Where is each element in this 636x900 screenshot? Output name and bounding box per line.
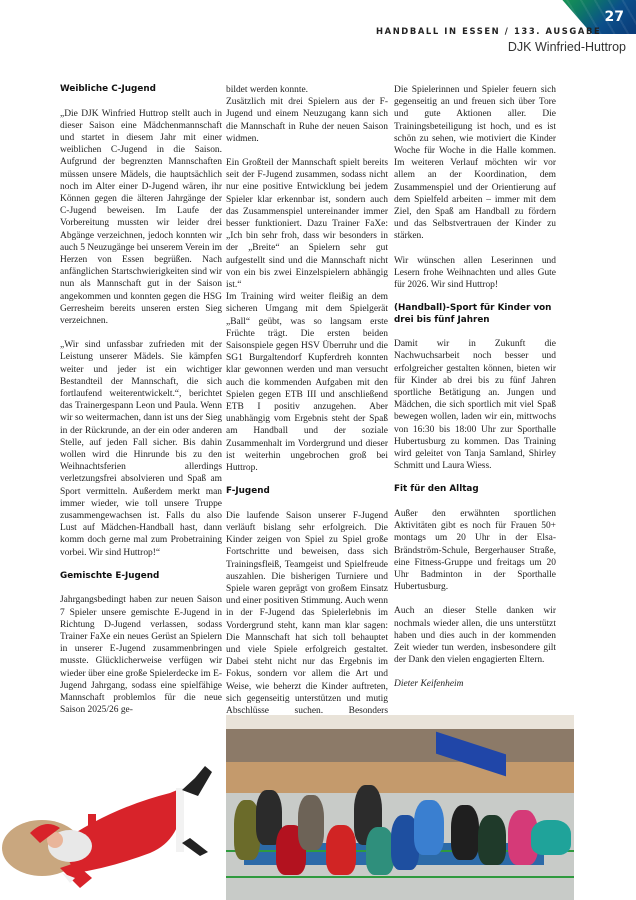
magazine-title: HANDBALL IN ESSEN / 133. AUSGABE: [376, 26, 601, 36]
article-column-3: Die Spielerinnen und Spieler feuern sich…: [394, 84, 556, 703]
section-heading: Weibliche C-Jugend: [60, 84, 222, 96]
paragraph: bildet werden konnte.: [226, 84, 388, 96]
paragraph: Ein Großteil der Mannschaft spielt berei…: [226, 157, 388, 291]
child: [326, 825, 356, 875]
santa-claus-image: [0, 748, 222, 898]
floor-line: [226, 876, 574, 878]
child: [531, 820, 571, 855]
team-photo: [226, 715, 574, 900]
section-heading: Gemischte E-Jugend: [60, 571, 222, 583]
article-column-2: bildet werden konnte. Zusätzlich mit dre…: [226, 84, 388, 741]
paragraph: Außer den erwähnten sportlichen Aktivitä…: [394, 508, 556, 593]
page-number: 27: [605, 9, 624, 25]
paragraph: „Die DJK Winfried Huttrop stellt auch in…: [60, 108, 222, 328]
section-heading: Fit für den Alltag: [394, 484, 556, 496]
paragraph: Wir wünschen allen Leserinnen und Lesern…: [394, 255, 556, 292]
section-heading: F-Jugend: [226, 486, 388, 498]
article-column-1: Weibliche C-Jugend „Die DJK Winfried Hut…: [60, 84, 222, 728]
paragraph: „Wir sind unfassbar zufrieden mit der Le…: [60, 339, 222, 559]
paragraph: Auch an dieser Stelle danken wir nochmal…: [394, 605, 556, 666]
paragraph: Im Training wird weiter fleißig an dem s…: [226, 291, 388, 474]
section-heading: (Handball)-Sport für Kinder von drei bis…: [394, 303, 556, 326]
gym-wall: [226, 715, 574, 793]
child: [298, 795, 324, 850]
paragraph: Zusätzlich mit drei Spielern aus der F-J…: [226, 96, 388, 145]
child: [478, 815, 506, 865]
author-signature: Dieter Keifenheim: [394, 678, 556, 690]
child: [414, 800, 444, 855]
paragraph: Jahrgangsbedingt haben zur neuen Saison …: [60, 594, 222, 716]
paragraph: Damit wir in Zukunft die Nachwuchsarbeit…: [394, 338, 556, 472]
paragraph: Die Spielerinnen und Spieler feuern sich…: [394, 84, 556, 243]
club-name: DJK Winfried-Huttrop: [508, 40, 626, 54]
child: [366, 827, 394, 875]
child: [451, 805, 479, 860]
paragraph: Die laufende Saison unserer F-Jugend ver…: [226, 510, 388, 730]
